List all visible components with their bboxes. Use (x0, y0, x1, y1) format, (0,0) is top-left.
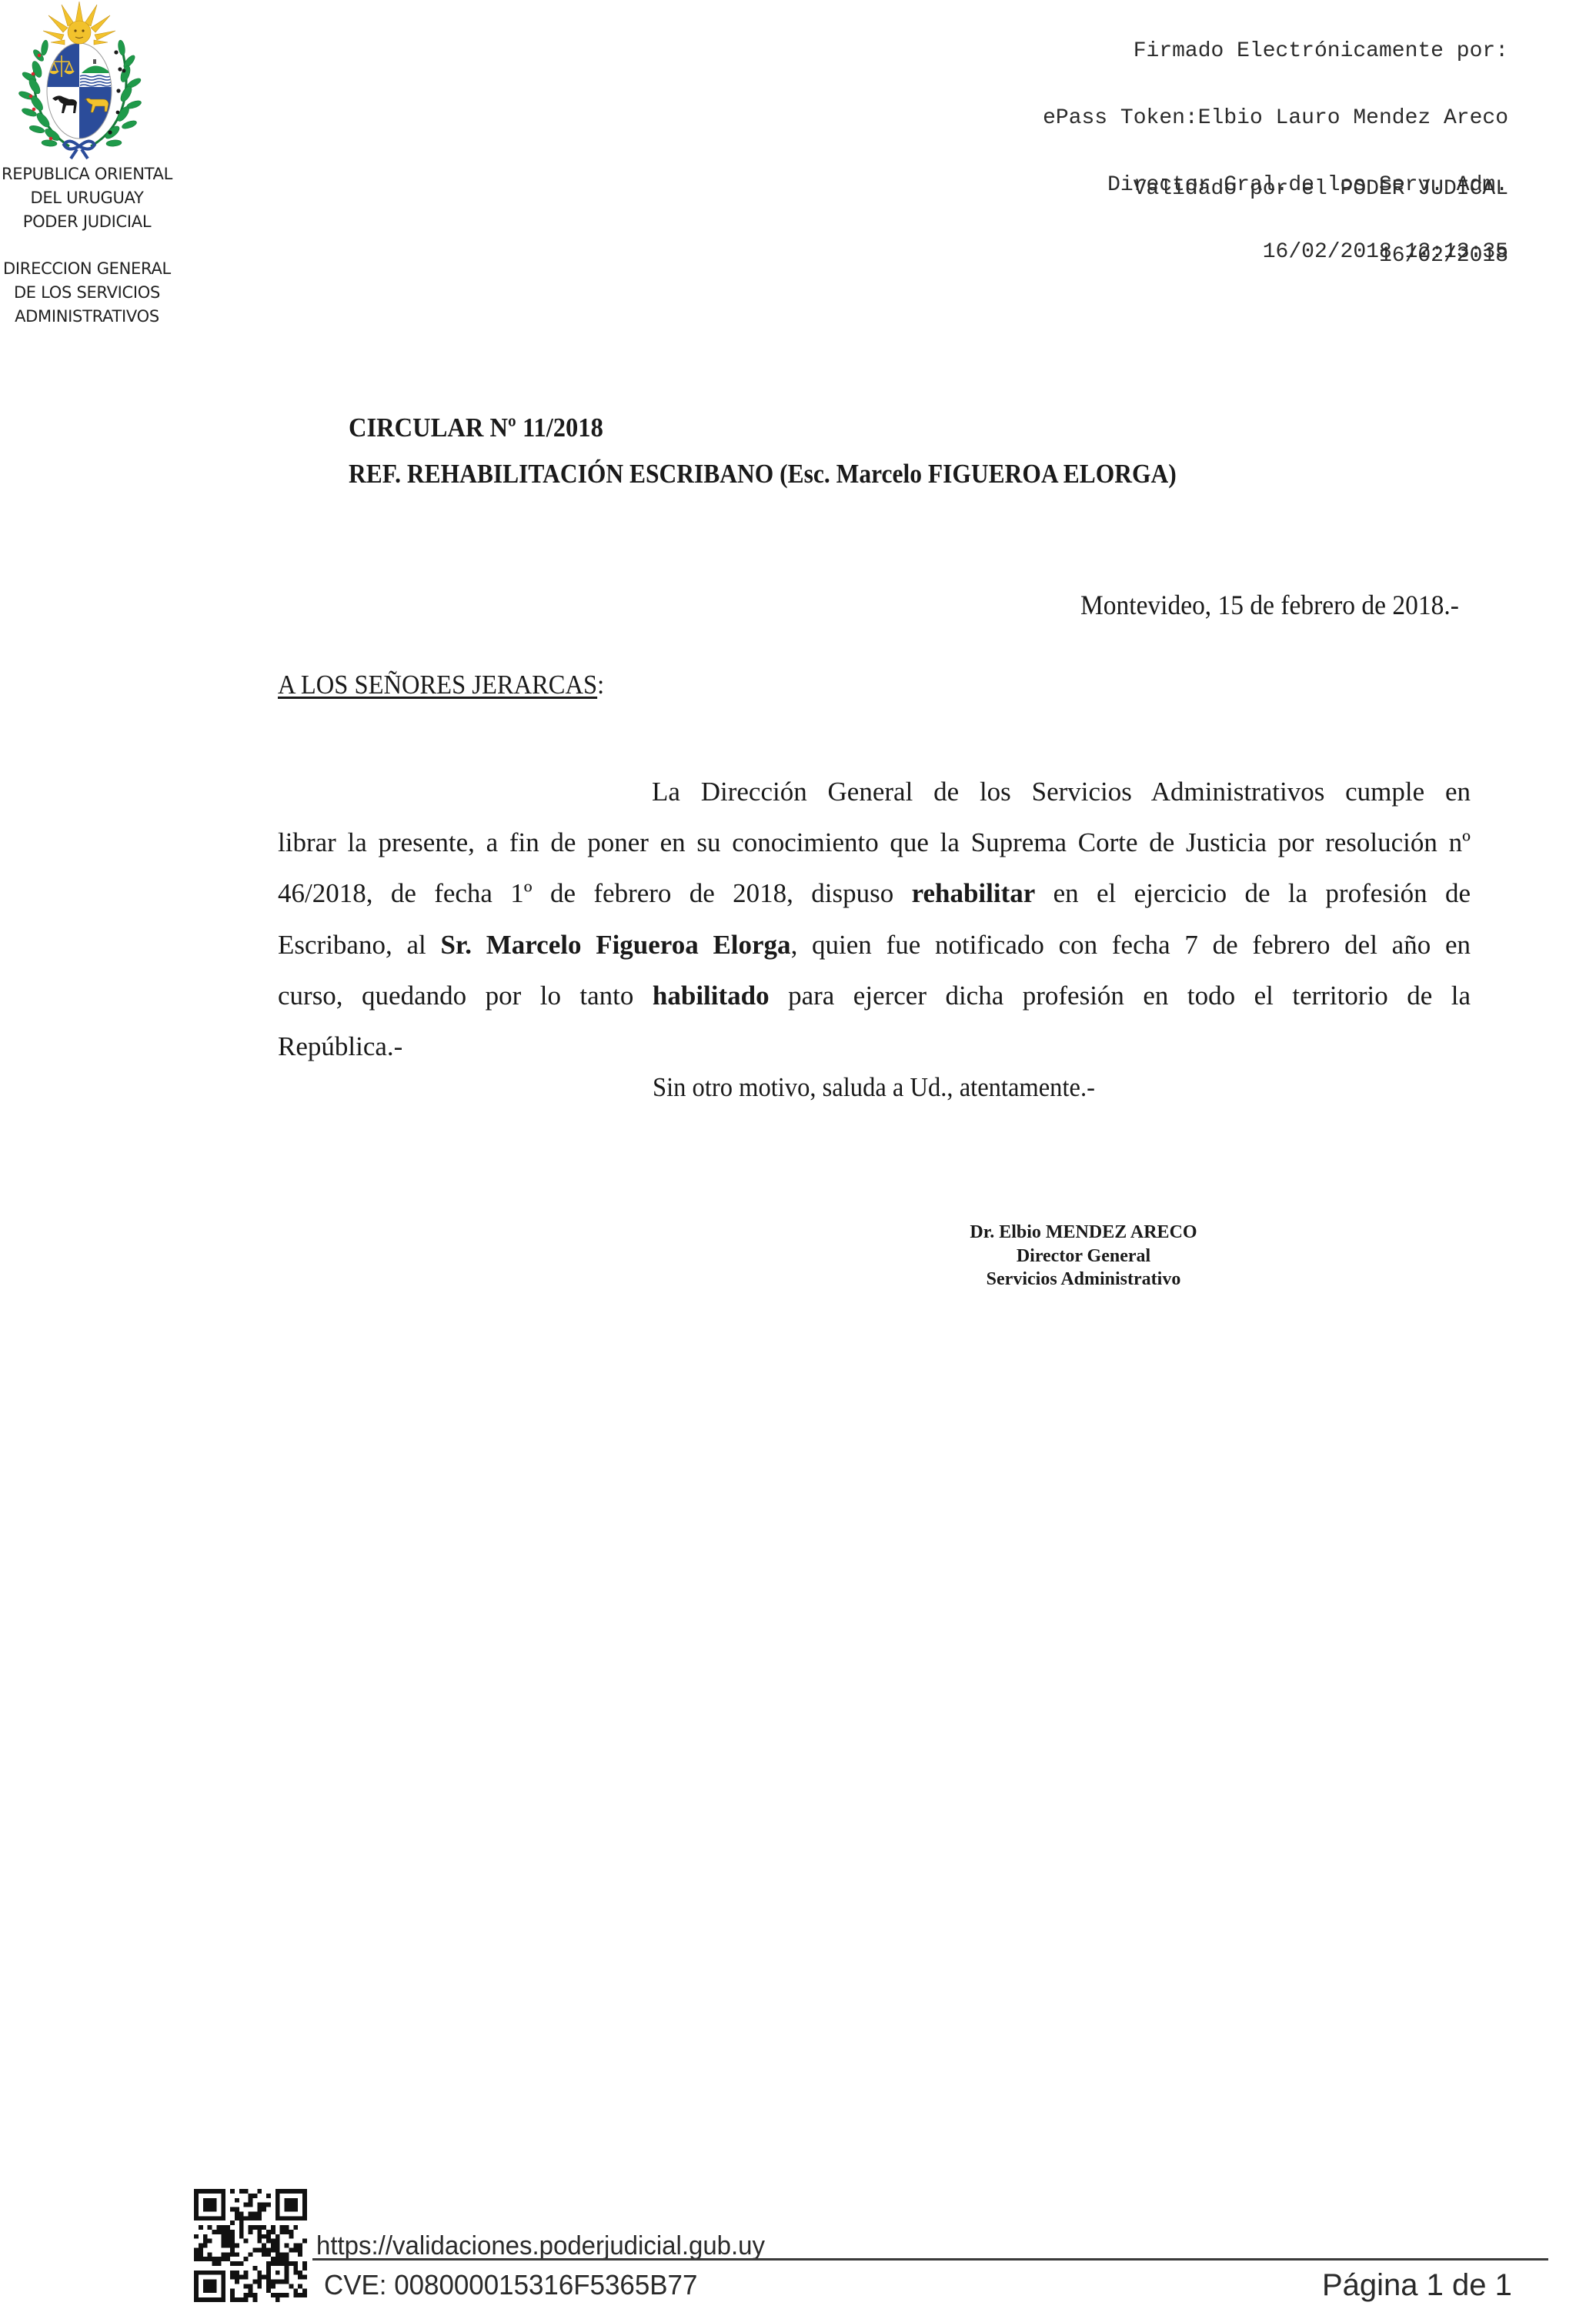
body-text: Escribano, al (278, 930, 440, 960)
body-text: curso, quedando por lo tanto (278, 981, 653, 1011)
body-paragraph: La Dirección General de los Servicios Ad… (278, 767, 1471, 1072)
validation-stamp: Validado por el PODER JUDICAL 16/02/2018 (1134, 133, 1508, 289)
qr-code-icon (194, 2188, 307, 2303)
body-text: librar la presente, a fin de poner en su… (278, 827, 1471, 857)
addressee-text: A LOS SEÑORES JERARCAS (278, 670, 597, 700)
uruguay-coat-of-arms-icon (14, 0, 145, 162)
body-line: La Dirección General de los Servicios Ad… (278, 767, 1471, 817)
body-text: 46/2018, de fecha 1º de febrero de 2018,… (278, 878, 912, 908)
body-line: Escribano, al Sr. Marcelo Figueroa Elorg… (278, 920, 1471, 971)
department-line: DIRECCION GENERAL (0, 257, 174, 281)
department-line: DE LOS SERVICIOS (0, 281, 174, 305)
body-line: curso, quedando por lo tanto habilitado … (278, 971, 1471, 1021)
institution-name: REPUBLICA ORIENTAL DEL URUGUAY PODER JUD… (0, 162, 174, 234)
body-text: para ejercer dicha profesión en todo el … (770, 981, 1471, 1011)
body-line: 46/2018, de fecha 1º de febrero de 2018,… (278, 868, 1471, 919)
addressee: A LOS SEÑORES JERARCAS: (278, 670, 604, 700)
body-line: República.- (278, 1021, 1471, 1072)
institution-line: DEL URUGUAY (0, 186, 174, 210)
department-name: DIRECCION GENERAL DE LOS SERVICIOS ADMIN… (0, 257, 174, 329)
page-number: Página 1 de 1 (1322, 2268, 1512, 2303)
validation-line: Validado por el PODER JUDICAL (1134, 178, 1508, 200)
reference-line: REF. REHABILITACIÓN ESCRIBANO (Esc. Marc… (349, 459, 1177, 490)
institution-line: PODER JUDICIAL (0, 210, 174, 234)
body-line: librar la presente, a fin de poner en su… (278, 817, 1471, 868)
department-line: ADMINISTRATIVOS (0, 305, 174, 329)
institution-line: REPUBLICA ORIENTAL (0, 162, 174, 186)
signer-position: Director General (930, 1245, 1237, 1268)
body-text: en el ejercicio de la profesión de (1035, 878, 1471, 908)
cve-code: CVE: 008000015316F5365B77 (324, 2269, 697, 2301)
stamp-line: ePass Token:Elbio Lauro Mendez Areco (1043, 107, 1508, 129)
addressee-colon: : (597, 670, 604, 700)
validation-date: 16/02/2018 (1134, 245, 1508, 267)
body-text: La Dirección General de los Servicios Ad… (652, 777, 1471, 807)
body-text: República.- (278, 1031, 402, 1061)
body-bold-text: habilitado (653, 981, 770, 1011)
validation-url[interactable]: https://validaciones.poderjudicial.gub.u… (316, 2231, 765, 2261)
place-date: Montevideo, 15 de febrero de 2018.- (1080, 589, 1459, 621)
body-bold-text: Sr. Marcelo Figueroa Elorga (440, 930, 790, 960)
stamp-line: Firmado Electrónicamente por: (1043, 40, 1508, 62)
signature-block: Dr. Elbio MENDEZ ARECO Director General … (930, 1221, 1237, 1292)
signer-name: Dr. Elbio MENDEZ ARECO (930, 1221, 1237, 1245)
body-text: , quien fue notificado con fecha 7 de fe… (791, 930, 1471, 960)
closing-line: Sin otro motivo, saluda a Ud., atentamen… (653, 1072, 1095, 1103)
body-bold-text: rehabilitar (912, 878, 1036, 908)
footer-divider (312, 2258, 1548, 2261)
circular-title: CIRCULAR Nº 11/2018 (349, 413, 603, 443)
signer-office: Servicios Administrativo (930, 1268, 1237, 1292)
